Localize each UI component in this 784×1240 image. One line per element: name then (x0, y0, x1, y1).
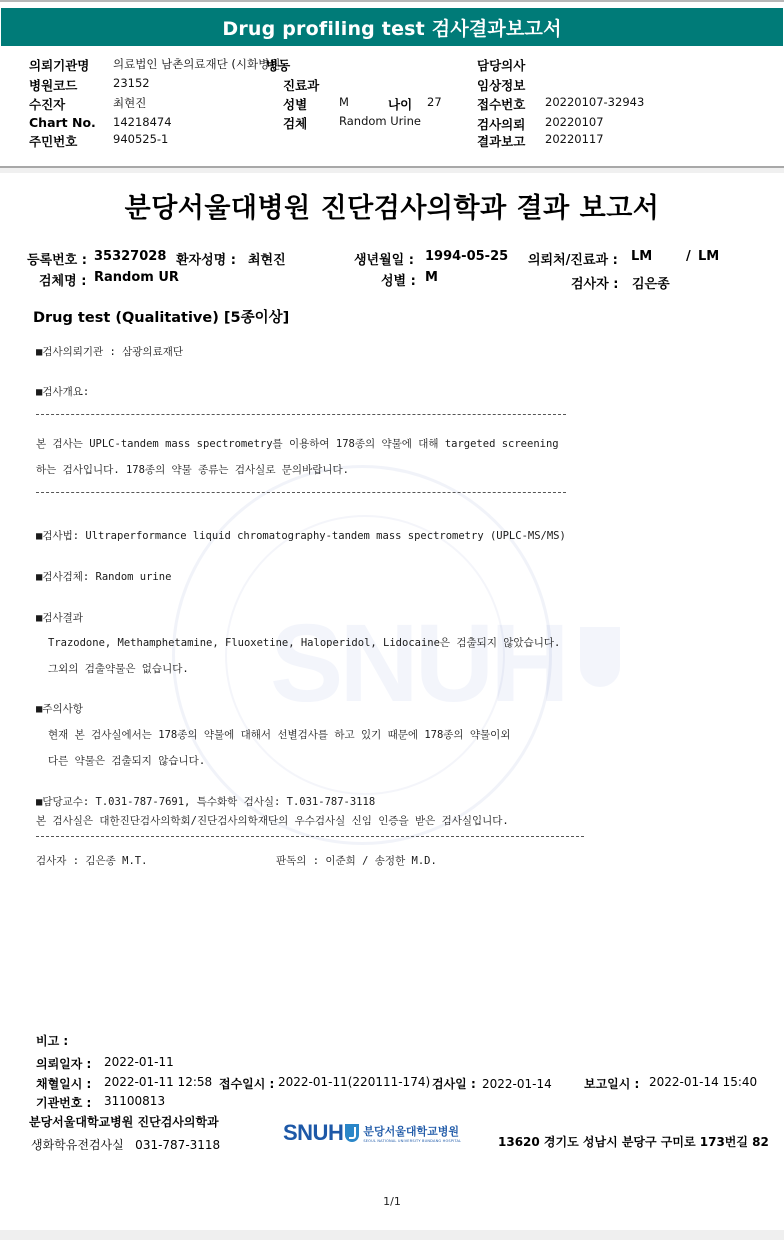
sex-label: 성별 : (381, 270, 416, 289)
reader-signature: 판독의 : 이준희 / 송정한 M.D. (276, 853, 437, 868)
line-result-2: 그외의 검출약물은 없습니다. (48, 661, 189, 676)
sex-value: M (425, 270, 438, 285)
line-overview-1: 본 검사는 UPLC-tandem mass spectrometry를 이용하… (36, 436, 559, 451)
value-examinee: 최현진 (113, 95, 146, 111)
dept-value-2: LM (698, 249, 719, 264)
logo-en-name: SEOUL NATIONAL UNIVERSITY BUNDANG HOSPIT… (363, 1139, 461, 1143)
line-caution-heading: ■주의사항 (36, 701, 83, 716)
tester-value: 김은종 (632, 273, 670, 292)
value-receipt-no: 20220107-32943 (545, 95, 644, 109)
label-chart-no: Chart No. (29, 115, 96, 130)
watermark-shield-icon (580, 627, 620, 687)
inst-no-value: 31100813 (104, 1094, 165, 1108)
inst-no-label: 기관번호 : (36, 1094, 91, 1111)
specimen-name-value: Random UR (94, 270, 179, 285)
watermark-snuh-text: SNUH (270, 600, 566, 727)
label-clinical-info: 임상정보 (477, 76, 525, 94)
label-resident-no: 주민번호 (29, 132, 77, 150)
shield-icon (345, 1124, 359, 1142)
bottom-band (0, 1230, 784, 1240)
logo-hospital-name: 분당서울대학교병원 SEOUL NATIONAL UNIVERSITY BUND… (363, 1123, 461, 1143)
line-specimen: ■검사검체: Random urine (36, 569, 171, 584)
dept-label: 의뢰처/진료과 : (528, 249, 618, 268)
logo-snuh-text: SNUH (283, 1120, 343, 1146)
label-receipt-no: 접수번호 (477, 95, 525, 113)
reg-no-value: 35327028 (94, 249, 166, 264)
specimen-name-label: 검체명 : (39, 270, 86, 289)
dob-label: 생년월일 : (354, 249, 414, 268)
line-result-heading: ■검사결과 (36, 610, 83, 625)
line-overview-heading: ■검사개요: (36, 384, 89, 399)
remark-label: 비고 : (36, 1032, 68, 1049)
reg-no-label: 등록번호 : (27, 249, 87, 268)
receipt-label: 접수일시 : (219, 1075, 274, 1092)
test-date-value: 2022-01-14 (482, 1077, 552, 1091)
line-institution: ■검사의뢰기관 : 삼광의료재단 (36, 344, 183, 359)
label-institution: 의뢰기관명 (29, 56, 89, 74)
label-result-report: 결과보고 (477, 132, 525, 150)
line-caution-1: 현재 본 검사실에서는 178종의 약물에 대해서 선별검사를 하고 있기 때문… (48, 727, 510, 742)
test-date-label: 검사일 : (432, 1075, 476, 1092)
value-specimen: Random Urine (339, 114, 421, 128)
dashed-divider (36, 836, 584, 837)
value-result-report: 20220117 (545, 132, 604, 146)
address: 13620 경기도 성남시 분당구 구미로 173번길 82 (498, 1133, 769, 1150)
lab-phone: 생화학유전검사실 031-787-3118 (31, 1136, 220, 1153)
label-ward: 병동 (266, 56, 290, 74)
top-border (0, 0, 784, 8)
patient-name-label: 환자성명 : (176, 249, 236, 268)
tester-signature: 검사자 : 김은종 M.T. (36, 853, 147, 868)
patient-name-value: 최현진 (248, 249, 286, 268)
label-sex: 성별 (283, 95, 307, 113)
dept-value-1: LM (631, 249, 652, 264)
label-request: 검사의뢰 (477, 115, 525, 133)
dept-separator: / (686, 249, 691, 264)
page-indicator: 1/1 (0, 1195, 784, 1208)
value-sex: M (339, 95, 349, 109)
report-banner-title: Drug profiling test 검사결과보고서 (1, 8, 783, 46)
line-result-1: Trazodone, Methamphetamine, Fluoxetine, … (48, 635, 560, 650)
receipt-value: 2022-01-11(220111-174) (278, 1075, 430, 1089)
label-department: 진료과 (283, 76, 319, 94)
logo-kr-name: 분당서울대학교병원 (363, 1123, 461, 1139)
value-chart-no: 14218474 (113, 115, 172, 129)
value-request: 20220107 (545, 115, 604, 129)
value-age: 27 (427, 95, 442, 109)
dob-value: 1994-05-25 (425, 249, 508, 264)
report-title: 분당서울대병원 진단검사의학과 결과 보고서 (0, 186, 784, 225)
request-date-label: 의뢰일자 : (36, 1055, 91, 1072)
label-doctor: 담당의사 (477, 56, 525, 74)
dashed-divider (36, 492, 566, 493)
line-method: ■검사법: Ultraperformance liquid chromatogr… (36, 528, 566, 543)
label-hospital-code: 병원코드 (29, 76, 77, 94)
divider-band (0, 168, 784, 173)
collect-label: 채혈일시 : (36, 1075, 91, 1092)
value-resident-no: 940525-1 (113, 132, 168, 146)
value-hospital-code: 23152 (113, 76, 150, 90)
report-date-label: 보고일시 : (584, 1075, 639, 1092)
label-examinee: 수진자 (29, 95, 65, 113)
line-certification: 본 검사실은 대한진단검사의학회/진단검사의학재단의 우수검사실 신임 인증을 … (36, 813, 509, 828)
collect-value: 2022-01-11 12:58 (104, 1075, 212, 1089)
line-overview-2: 하는 검사입니다. 178종의 약물 종류는 검사실로 문의바랍니다. (36, 462, 349, 477)
line-contact: ■담당교수: T.031-787-7691, 특수화학 검사실: T.031-7… (36, 794, 375, 809)
dashed-divider (36, 414, 566, 415)
order-info: 의뢰기관명 의료법인 남촌의료재단 (시화병원 병동 병원코드 23152 수진… (0, 52, 784, 152)
snuh-logo: SNUH 분당서울대학교병원 SEOUL NATIONAL UNIVERSITY… (283, 1120, 461, 1146)
request-date-value: 2022-01-11 (104, 1055, 174, 1069)
tester-label: 검사자 : (571, 273, 618, 292)
dept-name: 분당서울대학교병원 진단검사의학과 (29, 1113, 219, 1130)
label-specimen: 검체 (283, 114, 307, 132)
line-caution-2: 다른 약물은 검출되지 않습니다. (48, 753, 205, 768)
value-institution: 의료법인 남촌의료재단 (시화병원 (113, 56, 280, 72)
label-age: 나이 (388, 95, 412, 113)
test-title: Drug test (Qualitative) [5종이상] (33, 306, 289, 327)
report-date-value: 2022-01-14 15:40 (649, 1075, 757, 1089)
